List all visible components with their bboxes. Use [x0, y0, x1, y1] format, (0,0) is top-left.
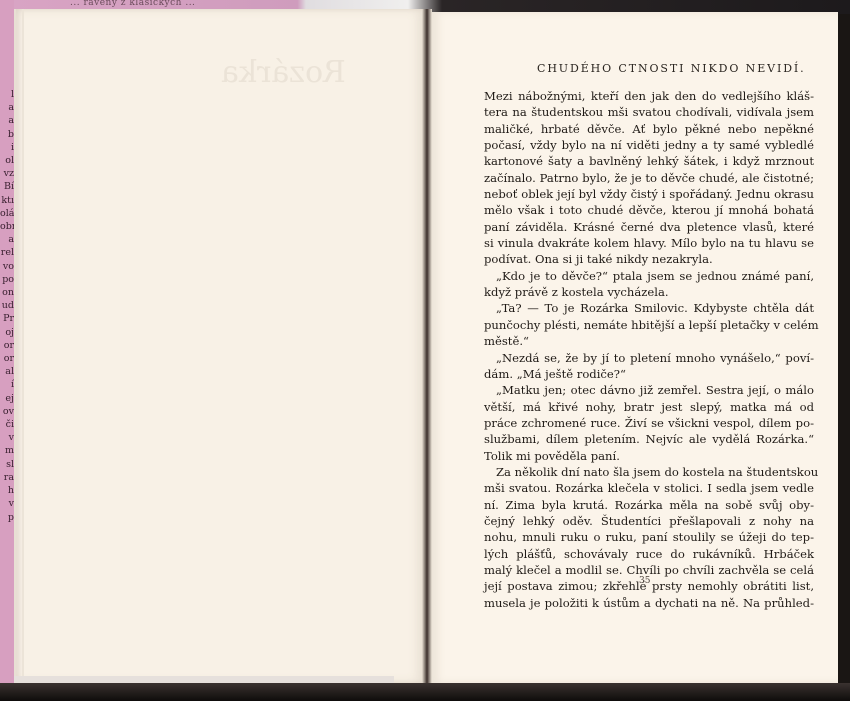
edge-letter: ol	[0, 154, 14, 167]
edge-letter: ej	[0, 392, 14, 405]
text-line: maličké, hrbaté děvče. Ať bylo pěkné neb…	[484, 121, 814, 137]
text-line: punčochy plésti, nemáte hbitější a lepší…	[484, 317, 814, 333]
edge-letter: h	[0, 484, 14, 497]
text-line: Mezi nábožnými, kteří den jak den do ved…	[484, 88, 814, 104]
edge-letter: a	[0, 114, 14, 127]
text-line: větší, má křivé nohy, bratr jest slepý, …	[484, 399, 814, 415]
edge-letter: Pr	[0, 312, 14, 325]
text-line: čejný lehký oděv. Študentíci přešlapoval…	[484, 513, 814, 529]
text-line: dám. „Má ještě rodiče?“	[484, 366, 814, 382]
edge-letter: b	[0, 128, 14, 141]
edge-letter: vz	[0, 167, 14, 180]
edge-letter: ra	[0, 471, 14, 484]
edge-letter: obr	[0, 220, 14, 233]
page-number: 35	[639, 576, 650, 586]
text-line: začínalo. Patrno bylo, že je to děvče ch…	[484, 170, 814, 186]
right-page: CHUDÉHO CTNOSTI NIKDO NEVIDÍ. Mezi nábož…	[432, 12, 838, 683]
text-line: počasí, vždy bylo na ní viděti jedny a t…	[484, 137, 814, 153]
top-strip-text: ... ravený z klasických ...	[70, 0, 195, 8]
text-line: mši svatou. Rozárka klečela v stolici. I…	[484, 480, 814, 496]
edge-letter: a	[0, 233, 14, 246]
edge-letter: i	[0, 141, 14, 154]
text-line: práce zchromené ruce. Živí se všickni ve…	[484, 415, 814, 431]
text-line: si vinula dvakráte kolem hlavy. Mílo byl…	[484, 235, 814, 251]
edge-letter: vo	[0, 260, 14, 273]
bottom-shadow	[0, 683, 850, 701]
edge-letter: olá	[0, 207, 14, 220]
text-line: neboť oblek její byl vždy čistý i spořád…	[484, 186, 814, 202]
edge-letter: oj	[0, 326, 14, 339]
text-line: „Ta? — To je Rozárka Smilovic. Kdybyste …	[484, 300, 814, 316]
text-line: nohu, mnuli ruku o ruku, paní stoulily s…	[484, 529, 814, 545]
edge-letter: v	[0, 497, 14, 510]
text-line: „Kdo je to děvče?“ ptala jsem se jednou …	[484, 268, 814, 284]
edge-letter: í	[0, 378, 14, 391]
edge-letter: v	[0, 431, 14, 444]
body-text: Mezi nábožnými, kteří den jak den do ved…	[484, 88, 814, 611]
text-line: když právě z kostela vycházela.	[484, 284, 814, 300]
adjacent-page-edge: laabiolvzBíktıoláobrarelvopoonudProjoror…	[0, 0, 14, 690]
text-line: „Matku jen; otec dávno již zemřel. Sestr…	[484, 382, 814, 398]
book-gutter	[422, 9, 432, 683]
text-line: lých plášťů, schovávaly ruce do rukávník…	[484, 546, 814, 562]
text-line: ní. Zima byla krutá. Rozárka měla na sob…	[484, 497, 814, 513]
text-line: kartonové šaty a bavlněný lehký šátek, i…	[484, 153, 814, 169]
edge-letter: po	[0, 273, 14, 286]
edge-letter: či	[0, 418, 14, 431]
edge-letter: al	[0, 365, 14, 378]
edge-letter: rel	[0, 246, 14, 259]
edge-letter: l	[0, 88, 14, 101]
text-line: „Nezdá se, že by jí to pletení mnoho vyn…	[484, 350, 814, 366]
text-line: podívat. Ona si ji také nikdy nezakryla.	[484, 251, 814, 267]
left-page: Rozárka	[14, 9, 424, 683]
text-line: paní záviděla. Krásné černé dva pletence…	[484, 219, 814, 235]
text-line: Tolik mi pověděla paní.	[484, 448, 814, 464]
running-head: CHUDÉHO CTNOSTI NIKDO NEVIDÍ.	[537, 62, 806, 75]
edge-letter: Bí	[0, 180, 14, 193]
edge-letter: or	[0, 352, 14, 365]
edge-letter: on	[0, 286, 14, 299]
edge-letters: laabiolvzBíktıoláobrarelvopoonudProjoror…	[0, 88, 14, 524]
edge-letter: or	[0, 339, 14, 352]
edge-letter: m	[0, 444, 14, 457]
text-line: městě.“	[484, 333, 814, 349]
text-line: službami, dílem pletením. Nejvíc ale vyd…	[484, 431, 814, 447]
edge-letter: a	[0, 101, 14, 114]
edge-letter: ud	[0, 299, 14, 312]
text-line: mělo však i toto chudé děvče, kterou jí …	[484, 202, 814, 218]
edge-letter: p	[0, 511, 14, 524]
text-line: Za několik dní nato šla jsem do kostela …	[484, 464, 814, 480]
edge-letter: ktı	[0, 194, 14, 207]
bleed-through-title: Rozárka	[221, 55, 346, 90]
page-stack-edge	[22, 9, 24, 683]
edge-letter: ov	[0, 405, 14, 418]
text-line: musela je položiti k ústům a dychati na …	[484, 595, 814, 611]
text-line: tera na študentskou mši svatou chodívali…	[484, 104, 814, 120]
edge-letter: sl	[0, 458, 14, 471]
